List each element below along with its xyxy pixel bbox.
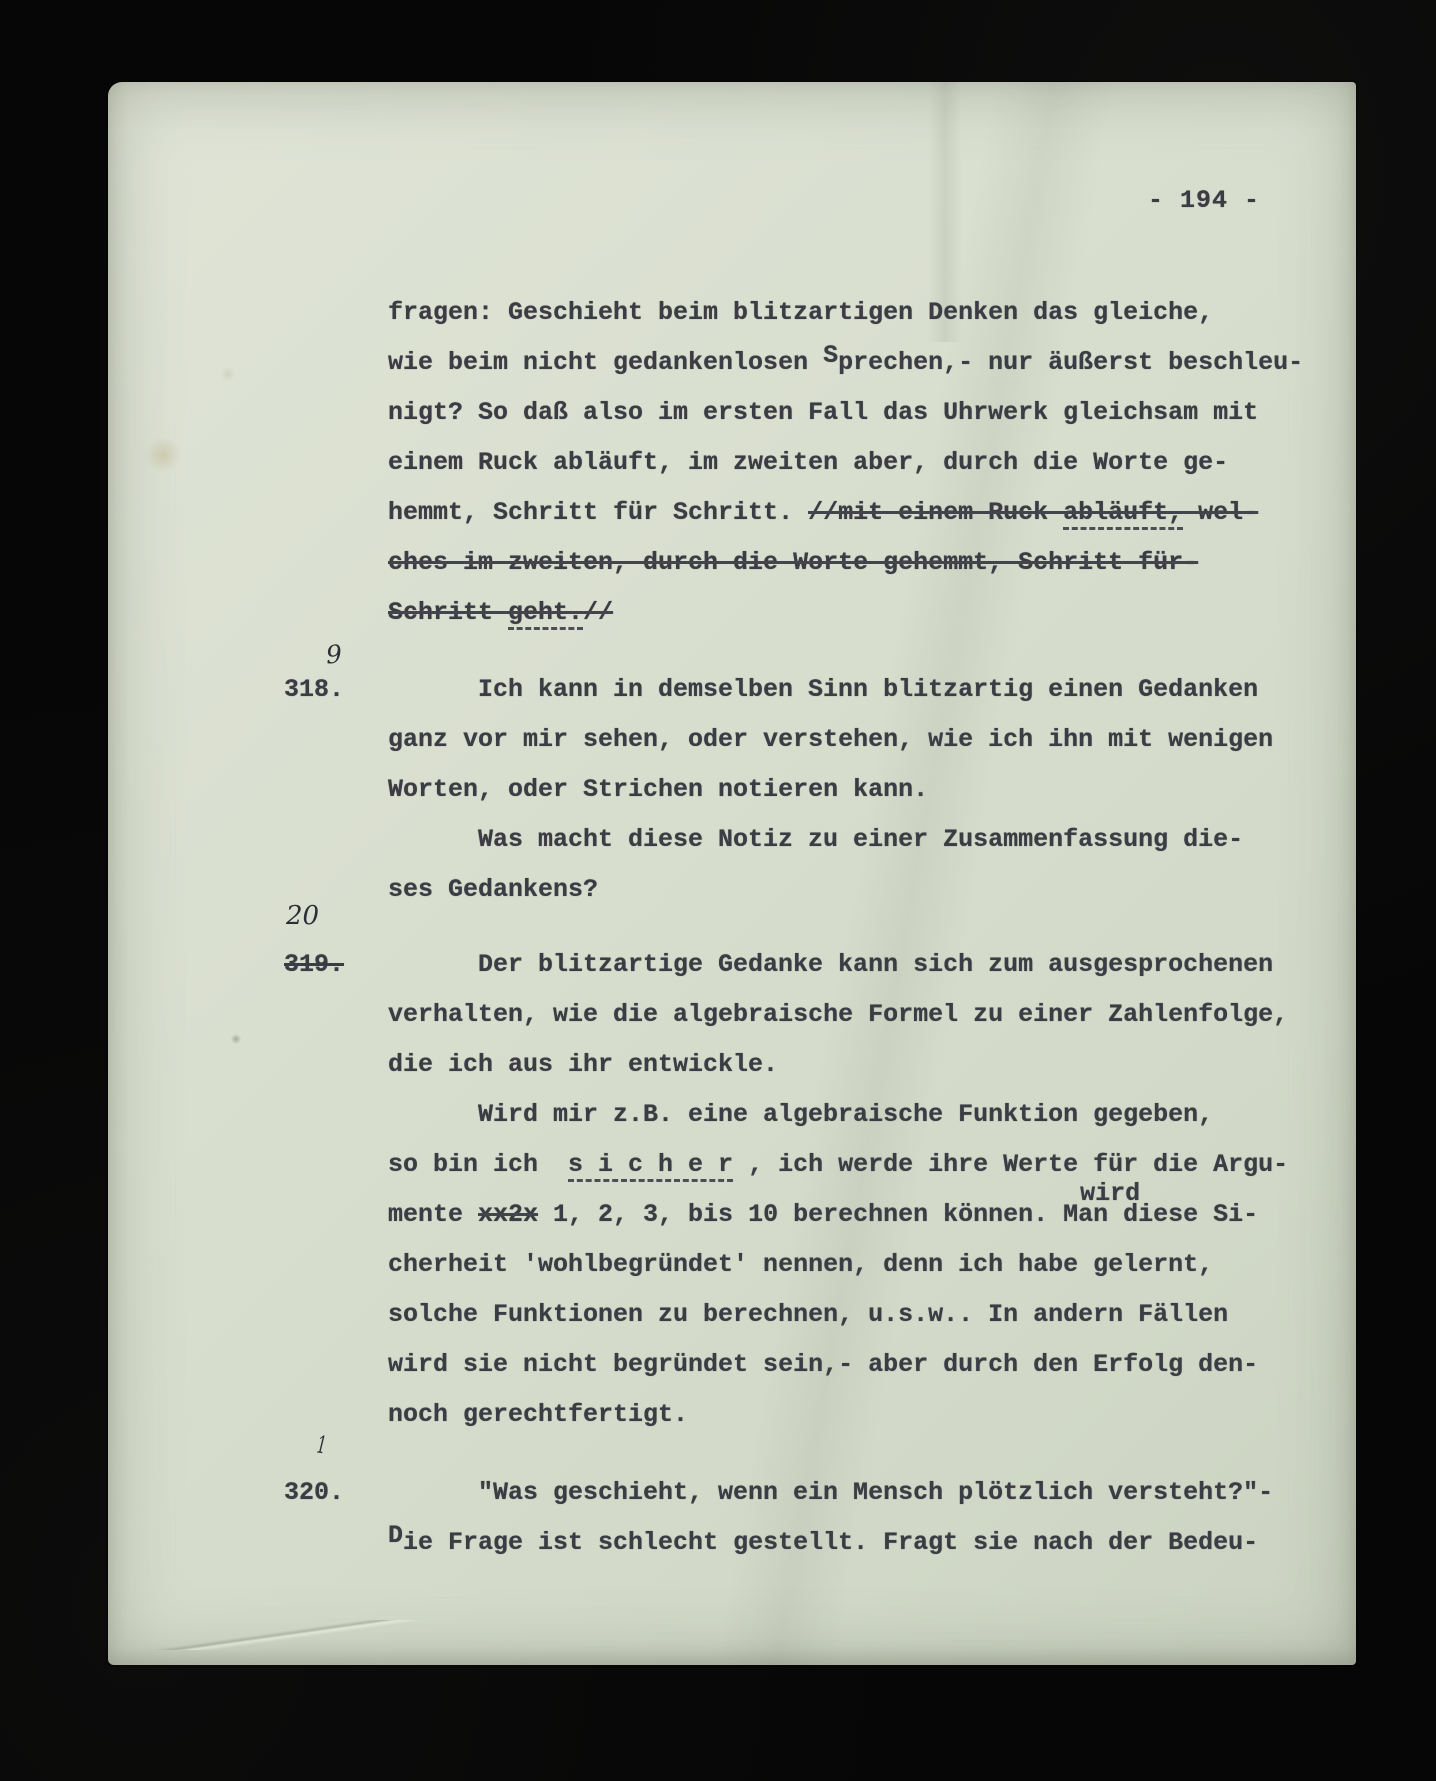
text-segment: geht. (508, 598, 583, 630)
text-segment: xx2x (478, 1200, 538, 1229)
section-marker: 320.1 (284, 1468, 394, 1518)
text-line: wie beim nicht gedankenlosen Sprechen,- … (388, 338, 1363, 388)
text-segment: cherheit 'wohlbegründet' nennen, denn ic… (388, 1250, 1213, 1279)
text-segment: ses Gedankens? (388, 875, 598, 904)
text-line: so bin ich s i c h e r , ich werde ihre … (388, 1140, 1363, 1190)
text-segment: , ich werde ihre Werte für die Argu- (733, 1150, 1288, 1179)
text-line: nigt? So daß also im ersten Fall das Uhr… (388, 388, 1363, 438)
paragraph: 320.1"Was geschieht, wenn ein Mensch plö… (388, 1468, 1363, 1568)
text-line: hemmt, Schritt für Schritt. //mit einem … (388, 488, 1363, 538)
text-segment: wel- (1183, 498, 1258, 527)
text-segment: // (583, 598, 613, 627)
handwritten-annotation: 20 (286, 904, 319, 928)
text-line: Schritt geht.// (388, 588, 1363, 638)
text-segment: //mit einem Ruck (808, 498, 1063, 527)
text-line: mente xx2x 1, 2, 3, bis 10 berechnen kön… (388, 1190, 1363, 1240)
text-segment: so bin ich (388, 1150, 568, 1179)
text-segment: verhalten, wie die algebraische Formel z… (388, 1000, 1288, 1029)
section-marker: 319.20 (284, 940, 394, 990)
text-line: Die Frage ist schlecht gestellt. Fragt s… (388, 1518, 1363, 1568)
text-segment: S (823, 341, 838, 370)
text-segment: D (388, 1521, 403, 1550)
text-segment: "Was geschieht, wenn ein Mensch plötzlic… (478, 1478, 1273, 1507)
text-line: Der blitzartige Gedanke kann sich zum au… (388, 940, 1363, 990)
text-line: ganz vor mir sehen, oder verstehen, wie … (388, 715, 1363, 765)
section-number: 320. (284, 1478, 344, 1507)
text-segment: ie Frage ist schlecht gestellt. Fragt si… (403, 1528, 1258, 1557)
text-segment: Was macht diese Notiz zu einer Zusammenf… (478, 825, 1243, 854)
text-segment: ganz vor mir sehen, oder verstehen, wie … (388, 725, 1273, 754)
text-segment: fragen: Geschieht beim blitzartigen Denk… (388, 298, 1213, 327)
text-line: solche Funktionen zu berechnen, u.s.w.. … (388, 1290, 1363, 1340)
text-segment: nigt? So daß also im ersten Fall das Uhr… (388, 398, 1258, 427)
text-line: wird sie nicht begründet sein,- aber dur… (388, 1340, 1363, 1390)
text-line: Worten, oder Strichen notieren kann. (388, 765, 1363, 815)
text-line: Ich kann in demselben Sinn blitzartig ei… (388, 665, 1363, 715)
text-line: die ich aus ihr entwickle. (388, 1040, 1363, 1090)
paragraph: 319.20Der blitzartige Gedanke kann sich … (388, 940, 1363, 1440)
text-segment: Der blitzartige Gedanke kann sich zum au… (478, 950, 1273, 979)
text-line: fragen: Geschieht beim blitzartigen Denk… (388, 288, 1363, 338)
text-segment: die ich aus ihr entwickle. (388, 1050, 778, 1079)
section-number: 318. (284, 675, 344, 704)
text-segment: 1, 2, 3, bis 10 berechnen können. Man (538, 1200, 1108, 1229)
paragraph: 318.9Ich kann in demselben Sinn blitzart… (388, 665, 1363, 915)
text-segment: hemmt, Schritt für Schritt. (388, 498, 808, 527)
text-segment: abläuft, (1063, 498, 1183, 530)
text-segment: Wird mir z.B. eine algebraische Funktion… (478, 1100, 1213, 1129)
text-segment: wird sie nicht begründet sein,- aber dur… (388, 1350, 1258, 1379)
text-line: "Was geschieht, wenn ein Mensch plötzlic… (388, 1468, 1363, 1518)
text-line: cherheit 'wohlbegründet' nennen, denn ic… (388, 1240, 1363, 1290)
interlinear-insertion: wird (1080, 1180, 1140, 1208)
text-line: ses Gedankens? (388, 865, 1363, 915)
text-segment: ches im zweiten, durch die Worte gehemmt… (388, 548, 1198, 577)
text-line: verhalten, wie die algebraische Formel z… (388, 990, 1363, 1040)
text-segment: einem Ruck abläuft, im zweiten aber, dur… (388, 448, 1228, 477)
handwritten-annotation: 9 (325, 642, 343, 667)
text-segment: s i c h e r (568, 1150, 733, 1182)
text-segment: wie beim nicht gedankenlosen (388, 348, 823, 377)
section-marker: 318.9 (284, 665, 394, 715)
text-segment: solche Funktionen zu berechnen, u.s.w.. … (388, 1300, 1228, 1329)
text-line: Wird mir z.B. eine algebraische Funktion… (388, 1090, 1363, 1140)
text-segment: Ich kann in demselben Sinn blitzartig ei… (478, 675, 1258, 704)
section-number: 319. (284, 950, 344, 979)
text-segment: prechen,- nur äußerst beschleu- (838, 348, 1303, 377)
text-block: fragen: Geschieht beim blitzartigen Denk… (108, 82, 1356, 1665)
text-line: noch gerechtfertigt. (388, 1390, 1363, 1440)
text-line: Was macht diese Notiz zu einer Zusammenf… (388, 815, 1363, 865)
text-line: einem Ruck abläuft, im zweiten aber, dur… (388, 438, 1363, 488)
handwritten-annotation: 1 (316, 1434, 328, 1457)
text-segment: mente (388, 1200, 478, 1229)
document-page: - 194 - fragen: Geschieht beim blitzarti… (108, 82, 1356, 1665)
paragraph: fragen: Geschieht beim blitzartigen Denk… (388, 288, 1363, 638)
text-line: ches im zweiten, durch die Worte gehemmt… (388, 538, 1363, 588)
text-segment: diese Si- (1123, 1200, 1258, 1229)
text-segment: noch gerechtfertigt. (388, 1400, 688, 1429)
text-segment: Schritt (388, 598, 508, 627)
text-segment: Worten, oder Strichen notieren kann. (388, 775, 928, 804)
